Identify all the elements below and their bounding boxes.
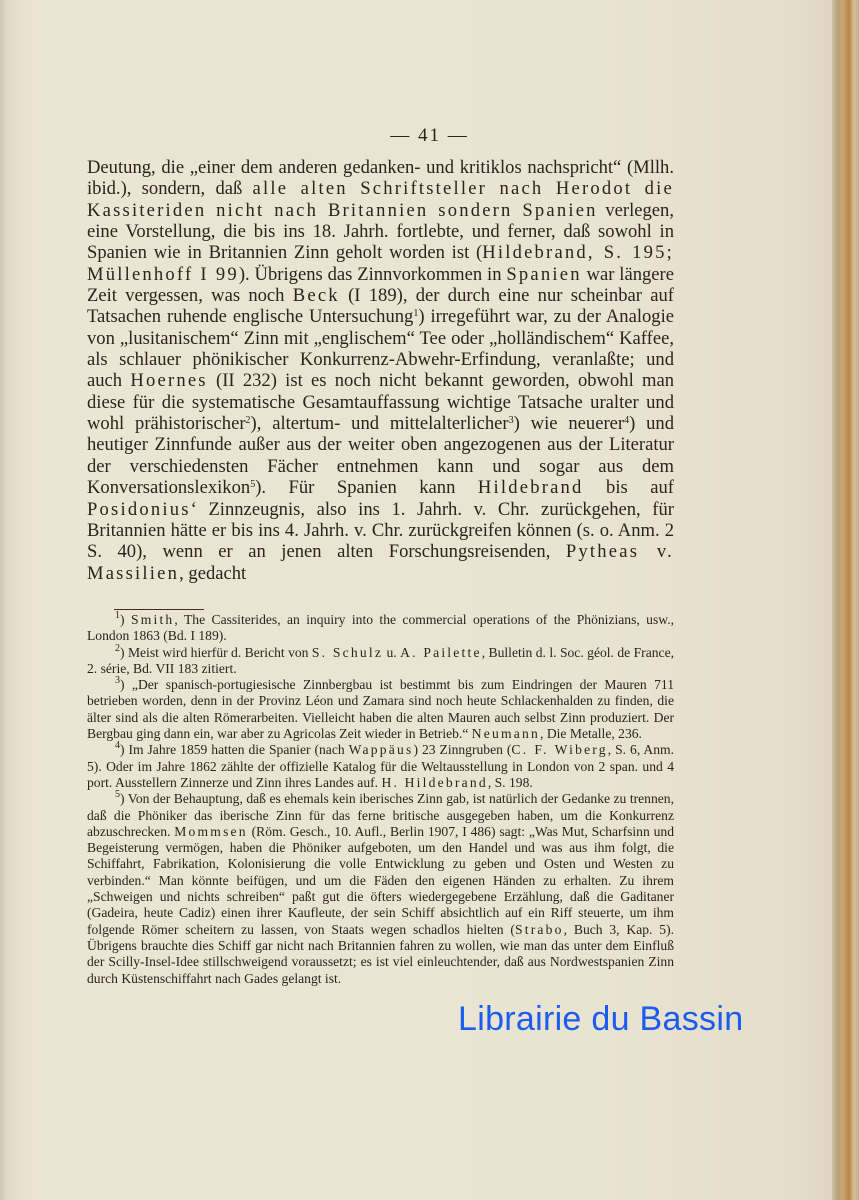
main-paragraph: Deutung, die „einer dem anderen gedanken… [87, 157, 674, 584]
footnote-1: 1) Smith, The Cassiterides, an inquiry i… [87, 612, 674, 645]
page-gutter-shadow [0, 0, 22, 1200]
footnote-4: 4) Im Jahre 1859 hatten die Spanier (nac… [87, 742, 674, 791]
main-text: Deutung, die „einer dem anderen gedanken… [87, 157, 674, 584]
watermark: Librairie du Bassin [458, 1002, 743, 1036]
footnote-3: 3) „Der spanisch-portugiesische Zinnberg… [87, 677, 674, 742]
footnote-5: 5) Von der Behauptung, daß es ehemals ke… [87, 791, 674, 987]
footnote-divider [114, 609, 204, 610]
footnotes: 1) Smith, The Cassiterides, an inquiry i… [87, 612, 674, 987]
footnote-2: 2) Meist wird hierfür d. Bericht von S. … [87, 645, 674, 678]
book-page-edges [832, 0, 859, 1200]
page-number: — 41 — [0, 125, 859, 147]
